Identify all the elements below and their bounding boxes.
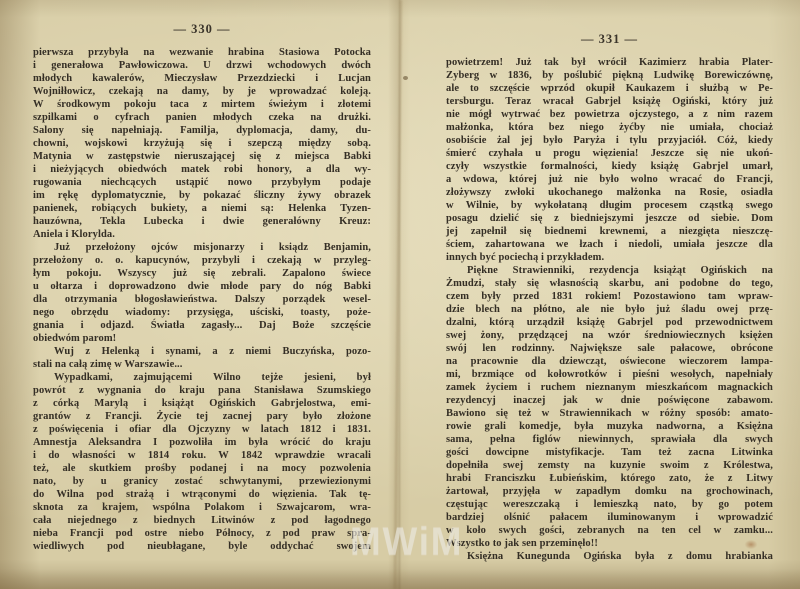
book-page-right: — 331 — powietrzem! Już tak był wrócił K… <box>446 32 773 563</box>
text-line: na pracownie dla dziewcząt, oświecone wi… <box>446 355 773 368</box>
text-line: częstując wereszczaką i lemieszką nato, … <box>446 498 773 511</box>
text-line: nieba Francji pod ostre niebo Północy, z… <box>33 527 371 540</box>
text-line: rezydencyj inaczej jak w dnie poświęcone… <box>446 394 773 407</box>
text-line: Wojniłłowicz, czekają na damy, by je wpr… <box>33 85 371 98</box>
text-line: złożywszy zwłoki ukochanego małżonka na … <box>446 186 773 199</box>
text-line: dzie blech na płótno, ale nie było już ś… <box>446 303 773 316</box>
text-line: Amnestja Aleksandra I pozwoliła im była … <box>33 436 371 449</box>
paper-stain <box>742 538 760 551</box>
text-line: pierwsza przybyła na wezwanie hrabina St… <box>33 46 371 59</box>
text-line: Wuj z Helenką i synami, a z niemi Buczyń… <box>33 345 371 358</box>
watermark: MWiM <box>350 522 463 562</box>
text-line: innych być pociechą i przykładem. <box>446 251 773 264</box>
text-line: przełożony o. o. kapucynów, przybyli i c… <box>33 254 371 267</box>
text-line: w Wilnie, by wykołataną długim procesem … <box>446 199 773 212</box>
page-number: — 330 — <box>33 22 371 37</box>
page-body: pierwsza przybyła na wezwanie hrabina St… <box>33 46 371 553</box>
text-line: Zyberg w 1836, by poślubić piękną Ludwik… <box>446 69 773 82</box>
text-line: grantów z Francji. Życie tej zacnej pary… <box>33 410 371 423</box>
page-body: powietrzem! Już tak był wrócił Kazimierz… <box>446 56 773 563</box>
text-line: posagu dzielić się z biedniejszymi jeszc… <box>446 212 773 225</box>
text-line: tersburgu. Teraz wracał Gabrjel książę O… <box>446 95 773 108</box>
text-line: powietrzem! Już tak był wrócił Kazimierz… <box>446 56 773 69</box>
text-line: dzalni, którą urządził książę Gabrjel po… <box>446 316 773 329</box>
text-line: dla otrzymania błogosławieństwa. Dalszy … <box>33 293 371 306</box>
text-line: rugowania niechcących ustąpić nowo przyb… <box>33 176 371 189</box>
text-line: i nieżyjących obiedwóch matek robi honor… <box>33 163 371 176</box>
text-line: z poświęcenia i ofiar dla Ojczyzny w lat… <box>33 423 371 436</box>
text-line: młodych kawalerów, Mieczysław Przezdziec… <box>33 72 371 85</box>
paper-speck <box>403 76 408 80</box>
text-line: i do własności w 1814 roku. W 1842 wpraw… <box>33 449 371 462</box>
text-line: W środkowym pokoju taca z mirtem świeżym… <box>33 98 371 111</box>
text-line: swój len rodzinny. Największe sale pałac… <box>446 342 773 355</box>
text-line: Wszystko to jak sen przeminęło!! <box>446 537 773 550</box>
text-line: chowni, wojskowi krzyżują się i szepczą … <box>33 137 371 150</box>
text-line: Salony się napełniają. Familja, dyplomac… <box>33 124 371 137</box>
text-line: bardziej olśnić pałacem iluminowanym i w… <box>446 511 773 524</box>
text-line: osobiście żal jej było Paryża i tylu prz… <box>446 134 773 147</box>
text-line: gości dowcipne mistyfikacje. Tam też zac… <box>446 446 773 459</box>
book-page-left: — 330 — pierwsza przybyła na wezwanie hr… <box>33 22 371 553</box>
text-line: Matynia w zastępstwie nieruszającej się … <box>33 150 371 163</box>
text-line: ale to szczęście wprzód okupił Kaukazem … <box>446 82 773 95</box>
text-line: nego obrzędu wiadomy: przysięga, uściski… <box>33 306 371 319</box>
text-line: a wdowa, której już nie było wolno wraca… <box>446 173 773 186</box>
text-line: stali na całą zimę w Warszawie... <box>33 358 371 371</box>
text-line: też, ale skutkiem prośby podanej i na mo… <box>33 462 371 475</box>
text-line: Piękne Strawienniki, rezydencja książąt … <box>446 264 773 277</box>
text-line: Żmudzi, stały się własnością skarbu, ani… <box>446 277 773 290</box>
text-line: i generałowa Pawłowiczowa. U drzwi wchod… <box>33 59 371 72</box>
text-line: małżonka, która bez niego żyćby nie umia… <box>446 121 773 134</box>
text-line: z córką Marylą i książąt Ogińskich Gabrj… <box>33 397 371 410</box>
text-line: Wypadkami, zajmującemi Wilno tejże jesie… <box>33 371 371 384</box>
text-line: cała niejednego z biednych Litwinów z po… <box>33 514 371 527</box>
text-line: w koło swych gości, zebranych na ten cel… <box>446 524 773 537</box>
text-line: sknota za krajem, wspólna Polakom i Szwa… <box>33 501 371 514</box>
text-line: u ołtarza i doprowadzono dwie młode pary… <box>33 280 371 293</box>
page-number: — 331 — <box>446 32 773 47</box>
text-line: swej żony, przędzącej na wzór średniowie… <box>446 329 773 342</box>
text-line: żartował, przyjęła w zapadłym domku na g… <box>446 485 773 498</box>
text-line: łym pokoju. Wszyscy już się zebrali. Zap… <box>33 267 371 280</box>
text-line: czem były przed 1831 rokiem! Pozostawion… <box>446 290 773 303</box>
text-line: szpilkami o cyfrach panien młodych czeka… <box>33 111 371 124</box>
text-line: hauzówna, Tekla Lubecka i dwie generałów… <box>33 215 371 228</box>
text-line: im rękę dyplomatycznie, by pokazać ślicz… <box>33 189 371 202</box>
text-line: obiedwóm parom! <box>33 332 371 345</box>
bottom-edge-shadow <box>0 569 800 589</box>
text-line: ściem, zahartowana we łzach i niedoli, u… <box>446 238 773 251</box>
text-line: nato, by u granicy zostać schwytanymi, p… <box>33 475 371 488</box>
text-line: zamek życiem i ruchem nieznanym mieszkań… <box>446 381 773 394</box>
text-line: sama, pełna figlów niewinnych, sprawiała… <box>446 433 773 446</box>
text-line: jej zapełnił się biednemi krewnemi, a ni… <box>446 225 773 238</box>
book-scan: { "colors": { "paper": "#d7cca5", "ink":… <box>0 0 800 589</box>
text-line: panienek, robiących bukiety, a niemi są:… <box>33 202 371 215</box>
text-line: gnania i odjazd. Światła zagasły... Daj … <box>33 319 371 332</box>
text-line: rowie grali komedje, była muzyka nadworn… <box>446 420 773 433</box>
text-line: śmierć czyhała u progu więzienia! Jeszcz… <box>446 147 773 160</box>
text-line: Już przełożony ojców misjonarzy i ksiądz… <box>33 241 371 254</box>
text-line: nie mógł wytrwać bez powietrza ojczysteg… <box>446 108 773 121</box>
text-line: mi, brzmiące od kołowrotków i pieśni wes… <box>446 368 773 381</box>
text-line: wiedliwych pod nieubłagane, byle oddycha… <box>33 540 371 553</box>
text-line: Aniela i Klorylda. <box>33 228 371 241</box>
text-line: czyły wszystkie formalności, kiedy książ… <box>446 160 773 173</box>
text-line: hrabi Franciszku Łubieńskim, którego zat… <box>446 472 773 485</box>
text-line: powrót z wygnania do kraju pana Stanisła… <box>33 384 371 397</box>
text-line: do Wilna pod strażą i wtrąconymi do więz… <box>33 488 371 501</box>
text-line: Bawiono się też w Strawiennikach w różny… <box>446 407 773 420</box>
text-line: dopełniła swej zemsty na kuzynie swoim z… <box>446 459 773 472</box>
text-line: Księżna Kunegunda Ogińska była z domu hr… <box>446 550 773 563</box>
